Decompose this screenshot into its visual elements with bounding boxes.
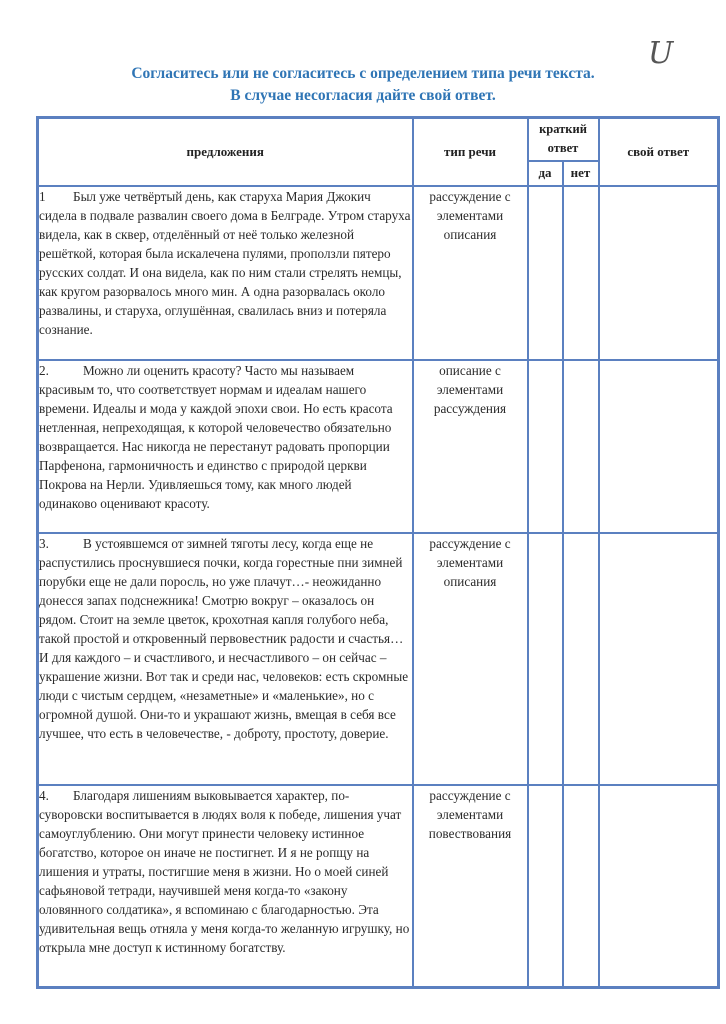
sentence-cell: 2.Можно ли оценить красоту? Часто мы наз…	[38, 360, 413, 533]
task-title: Согласитесь или не согласитесь с определ…	[0, 63, 726, 107]
table-header-row: предложения тип речи краткий ответ свой …	[38, 118, 719, 161]
table-row: 3.В устоявшемся от зимней тяготы лесу, к…	[38, 533, 719, 785]
own-answer-cell[interactable]	[599, 186, 719, 360]
yes-cell[interactable]	[528, 533, 563, 785]
header-no: нет	[563, 161, 599, 186]
row-number: 3.	[39, 534, 83, 553]
table-row: 2.Можно ли оценить красоту? Часто мы наз…	[38, 360, 719, 533]
own-answer-cell[interactable]	[599, 360, 719, 533]
header-yes: да	[528, 161, 563, 186]
speech-type-cell: рассуждение с элементами описания	[413, 186, 528, 360]
header-sentences: предложения	[38, 118, 413, 186]
no-cell[interactable]	[563, 785, 599, 988]
speech-type-table: предложения тип речи краткий ответ свой …	[36, 116, 720, 989]
yes-cell[interactable]	[528, 785, 563, 988]
speech-type-cell: рассуждение с элементами повествования	[413, 785, 528, 988]
table-row: 4.Благодаря лишениям выковывается характ…	[38, 785, 719, 988]
yes-cell[interactable]	[528, 186, 563, 360]
task-title-line-1: Согласитесь или не согласитесь с определ…	[0, 63, 726, 85]
header-own-answer: свой ответ	[599, 118, 719, 186]
sentence-text: Можно ли оценить красоту? Часто мы назыв…	[39, 363, 393, 511]
speech-type-cell: описание с элементами рассуждения	[413, 360, 528, 533]
sentence-text: Был уже четвёртый день, как старуха Мари…	[39, 189, 410, 337]
own-answer-cell[interactable]	[599, 533, 719, 785]
sentence-text: В устоявшемся от зимней тяготы лесу, ког…	[39, 536, 408, 741]
sentence-cell: 4.Благодаря лишениям выковывается характ…	[38, 785, 413, 988]
task-title-line-2: В случае несогласия дайте свой ответ.	[0, 85, 726, 107]
speech-type-cell: рассуждение с элементами описания	[413, 533, 528, 785]
own-answer-cell[interactable]	[599, 785, 719, 988]
table-row: 1Был уже четвёртый день, как старуха Мар…	[38, 186, 719, 360]
header-short-answer: краткий ответ	[528, 118, 599, 161]
row-number: 1	[39, 187, 73, 206]
sentence-text: Благодаря лишениям выковывается характер…	[39, 788, 409, 955]
no-cell[interactable]	[563, 360, 599, 533]
sentence-cell: 1Был уже четвёртый день, как старуха Мар…	[38, 186, 413, 360]
row-number: 2.	[39, 361, 83, 380]
no-cell[interactable]	[563, 186, 599, 360]
yes-cell[interactable]	[528, 360, 563, 533]
sentence-cell: 3.В устоявшемся от зимней тяготы лесу, к…	[38, 533, 413, 785]
no-cell[interactable]	[563, 533, 599, 785]
header-speech-type: тип речи	[413, 118, 528, 186]
row-number: 4.	[39, 786, 73, 805]
